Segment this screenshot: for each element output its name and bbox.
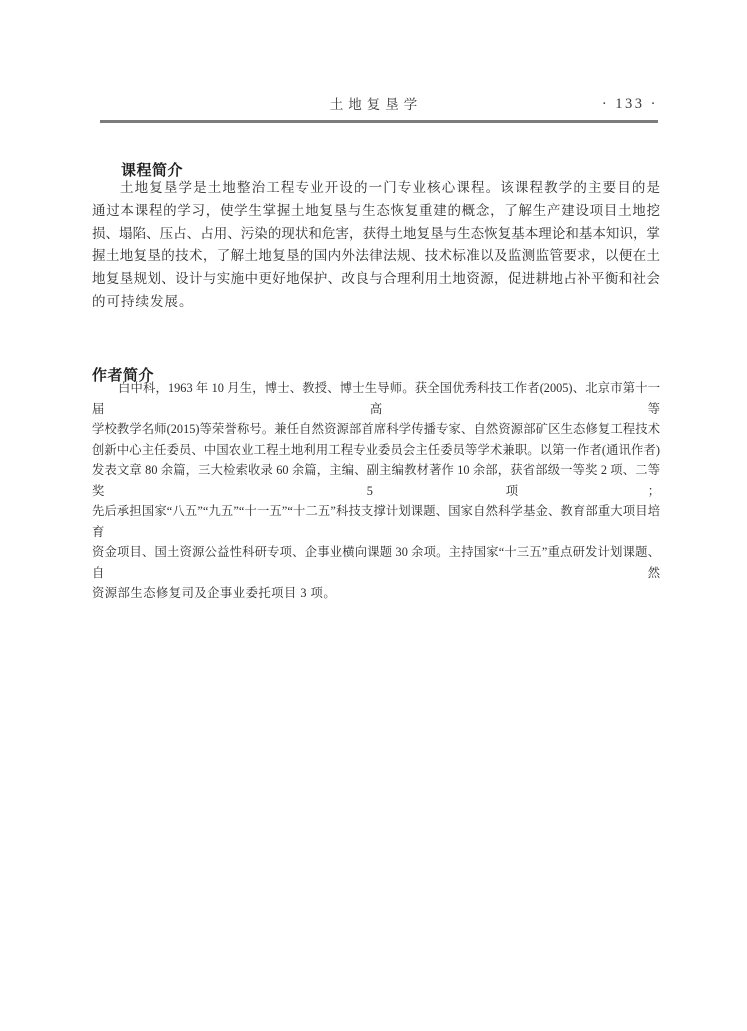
text-line: 的可持续发展。 [92,291,660,314]
text-line: 通过本课程的学习，使学生掌握土地复垦与生态恢复重建的概念，了解生产建设项目土地挖 [92,200,660,223]
text-line: 白中科，1963 年 10 月生，博士、教授、博士生导师。获全国优秀科技工作者(… [92,378,660,419]
text-line: 损、塌陷、压占、占用、污染的现状和危害，获得土地复垦与生态恢复基本理论和基本知识… [92,223,660,246]
page-number: · 133 · [602,96,658,112]
author-intro-paragraph: 白中科，1963 年 10 月生，博士、教授、博士生导师。获全国优秀科技工作者(… [92,378,660,604]
text-line: 土地复垦学是土地整治工程专业开设的一门专业核心课程。该课程教学的主要目的是 [92,177,660,200]
text-line: 资金项目、国土资源公益性科研专项、企事业横向课题 30 余项。主持国家“十三五”… [92,542,660,583]
text-line: 发表文章 80 余篇，三大检索收录 60 余篇，主编、副主编教材著作 10 余部… [92,460,660,501]
text-line: 握土地复垦的技术，了解土地复垦的国内外法律法规、技术标准以及监测监管要求，以便在… [92,245,660,268]
document-page: 土地复垦学 · 133 · 课程简介 土地复垦学是土地整治工程专业开设的一门专业… [0,0,747,1031]
text-line: 资源部生态修复司及企事业委托项目 3 项。 [92,583,660,604]
text-line: 学校教学名师(2015)等荣誉称号。兼任自然资源部首席科学传播专家、自然资源部矿… [92,419,660,440]
text-line: 创新中心主任委员、中国农业工程土地利用工程专业委员会主任委员等学术兼职。以第一作… [92,440,660,461]
running-head-title: 土地复垦学 [92,97,660,113]
text-line: 先后承担国家“八五”“九五”“十一五”“十二五”科技支撑计划课题、国家自然科学基… [92,501,660,542]
page-header: 土地复垦学 · 133 · [92,97,660,114]
header-rule [100,120,658,123]
course-intro-paragraph: 土地复垦学是土地整治工程专业开设的一门专业核心课程。该课程教学的主要目的是 通过… [92,177,660,314]
text-line: 地复垦规划、设计与实施中更好地保护、改良与合理利用土地资源，促进耕地占补平衡和社… [92,268,660,291]
